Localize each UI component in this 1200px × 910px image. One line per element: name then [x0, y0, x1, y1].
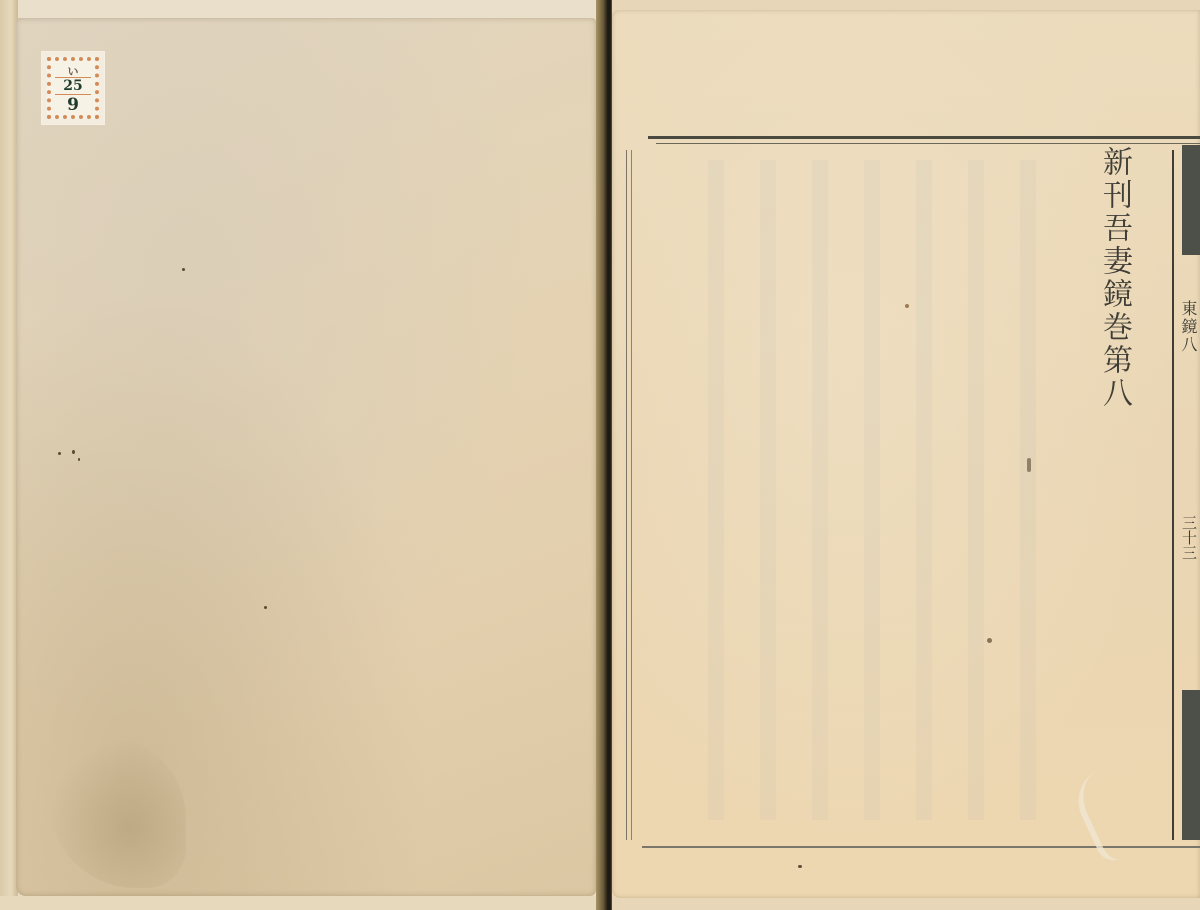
frame-top-inner-rule	[656, 143, 1200, 144]
running-title: 東鏡八	[1180, 300, 1200, 354]
book-spread: い 25 9 東鏡八 三十三 新刊吾妻鏡巻第八	[0, 0, 1200, 910]
label-line-2: 25	[55, 78, 91, 95]
label-frame: い 25 9	[47, 57, 99, 119]
left-page-sheet	[16, 18, 596, 896]
frame-right-rule	[1172, 150, 1174, 840]
frame-left-inner-rule	[631, 150, 632, 840]
frame-left-rule	[626, 150, 627, 840]
paper-speck	[78, 458, 80, 461]
fishtail-mark-bottom	[1182, 690, 1200, 840]
fishtail-mark-top	[1182, 145, 1200, 255]
paper-speck	[72, 450, 75, 454]
ink-smudge	[1027, 458, 1031, 472]
right-page-sheet: 東鏡八 三十三 新刊吾妻鏡巻第八	[612, 10, 1200, 898]
left-page-bottom-edge	[0, 896, 604, 910]
page-number: 三十三	[1178, 515, 1200, 560]
label-line-3: 9	[55, 95, 91, 113]
paper-speck	[798, 865, 802, 868]
paper-speck	[987, 638, 992, 643]
paper-speck	[905, 304, 909, 308]
right-page: 東鏡八 三十三 新刊吾妻鏡巻第八	[612, 0, 1200, 910]
volume-title: 新刊吾妻鏡巻第八	[1094, 146, 1134, 410]
left-page: い 25 9	[0, 0, 604, 910]
label-line-1: い	[55, 63, 91, 78]
paper-speck	[182, 268, 185, 271]
library-call-number-label: い 25 9	[42, 52, 104, 124]
paper-tear	[1067, 748, 1183, 866]
paper-speck	[264, 606, 267, 609]
paper-speck	[58, 452, 61, 455]
frame-top-rule	[648, 136, 1200, 139]
left-page-top-edge	[0, 0, 604, 18]
water-stain	[46, 738, 186, 888]
show-through-text	[672, 160, 1072, 820]
